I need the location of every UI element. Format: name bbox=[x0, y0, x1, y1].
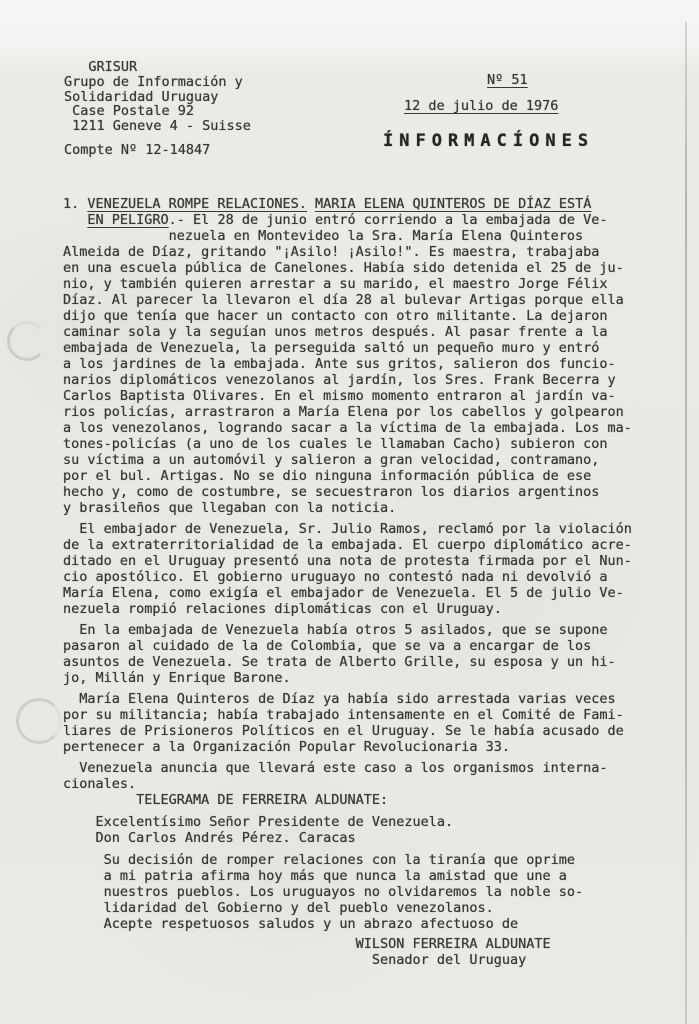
text-segment: por su militancia; había trabajado inten… bbox=[63, 707, 624, 723]
text-line: Excelentísimo Señor Presidente de Venezu… bbox=[63, 814, 683, 830]
text-segment: narios diplomáticos venezolanos al jardí… bbox=[63, 372, 616, 388]
newsletter-title: ÍNFORMACÍONES bbox=[383, 131, 594, 151]
text-segment: su víctima a un automóvil y salieron a g… bbox=[63, 452, 599, 468]
text-line: Solidaridad Uruguay bbox=[64, 90, 251, 105]
text-segment: y brasileños que llegaban con la noticia… bbox=[63, 500, 396, 516]
text-segment: lidaridad del Gobierno y del pueblo vene… bbox=[63, 900, 494, 916]
underlined-text-segment: MARIA ELENA QUINTEROS DE DÍAZ ESTÁ bbox=[315, 196, 591, 212]
issue-number-text: Nº 51 bbox=[487, 72, 528, 88]
text-line: María Elena Quinteros de Díaz ya había s… bbox=[63, 691, 683, 707]
text-segment: pertenecer a la Organización Popular Rev… bbox=[63, 739, 510, 755]
letterhead-org-block: GRISURGrupo de Información ySolidaridad … bbox=[64, 60, 251, 158]
text-line: por su militancia; había trabajado inten… bbox=[63, 707, 683, 723]
text-segment: embajada de Venezuela, la perseguida sal… bbox=[63, 340, 599, 356]
text-segment: rios policías, arrastraron a María Elena… bbox=[63, 404, 624, 420]
text-segment: pasaron al cuidado de la de Colombia, qu… bbox=[63, 638, 591, 654]
punch-hole-top bbox=[7, 321, 47, 361]
text-segment: Solidaridad Uruguay bbox=[64, 89, 218, 105]
text-segment: en una escuela pública de Canelones. Hab… bbox=[63, 260, 624, 276]
text-line: EN PELIGRO.- El 28 de junio entró corrie… bbox=[63, 212, 683, 228]
scanned-document-page: GRISURGrupo de Información ySolidaridad … bbox=[0, 0, 699, 1024]
text-segment: nuestros pueblos. Los uruguayos no olvid… bbox=[63, 884, 583, 900]
text-segment: 1. bbox=[63, 196, 87, 212]
issue-date-text: 12 de julio de 1976 bbox=[404, 98, 558, 114]
text-line: cionales. bbox=[63, 776, 683, 792]
text-line: tones-policías (a uno de los cuales le l… bbox=[63, 436, 683, 452]
text-segment: a los jardines de la embajada. Ante sus … bbox=[63, 356, 616, 372]
text-segment: María Elena Quinteros de Díaz ya había s… bbox=[63, 691, 616, 707]
text-segment: WILSON FERREIRA ALDUNATE bbox=[63, 936, 551, 952]
text-segment: nio, y también quieren arrestar a su mar… bbox=[63, 276, 608, 292]
text-segment: hecho y, como de costumbre, se secuestra… bbox=[63, 484, 599, 500]
text-line: caminar sola y la seguían unos metros de… bbox=[63, 324, 683, 340]
text-line: nezuela en Montevideo la Sra. María Elen… bbox=[63, 228, 683, 244]
text-line: asuntos de Venezuela. Se trata de Albert… bbox=[63, 654, 683, 670]
text-line: GRISUR bbox=[64, 60, 251, 75]
text-segment: ditado en el Uruguay presentó una nota d… bbox=[63, 553, 632, 569]
text-segment: Excelentísimo Señor Presidente de Venezu… bbox=[63, 814, 453, 830]
text-line: TELEGRAMA DE FERREIRA ALDUNATE: bbox=[63, 792, 683, 808]
text-segment: por el bul. Artigas. No se dio ninguna i… bbox=[63, 468, 591, 484]
text-line: El embajador de Venezuela, Sr. Julio Ram… bbox=[63, 521, 683, 537]
text-line: nezuela rompió relaciones diplomáticas c… bbox=[63, 601, 683, 617]
text-segment: Almeida de Díaz, gritando "¡Asilo! ¡Asil… bbox=[63, 244, 599, 260]
text-segment: Don Carlos Andrés Pérez. Caracas bbox=[63, 830, 356, 846]
text-line: rios policías, arrastraron a María Elena… bbox=[63, 404, 683, 420]
text-line: En la embajada de Venezuela había otros … bbox=[63, 622, 683, 638]
text-segment: de la extraterritorialidad de la embajad… bbox=[63, 537, 632, 553]
text-segment: Senador del Uruguay bbox=[63, 952, 526, 968]
text-segment: cio apostólico. El gobierno uruguayo no … bbox=[63, 569, 608, 585]
text-line: jo, Millán y Enrique Barone. bbox=[63, 670, 683, 686]
text-line: embajada de Venezuela, la perseguida sal… bbox=[63, 340, 683, 356]
text-line: Senador del Uruguay bbox=[63, 952, 683, 968]
text-line: de la extraterritorialidad de la embajad… bbox=[63, 537, 683, 553]
text-segment: En la embajada de Venezuela había otros … bbox=[63, 622, 608, 638]
text-segment: Compte Nº 12-14847 bbox=[64, 142, 210, 158]
text-line: ditado en el Uruguay presentó una nota d… bbox=[63, 553, 683, 569]
text-segment bbox=[63, 212, 87, 228]
text-line: pasaron al cuidado de la de Colombia, qu… bbox=[63, 638, 683, 654]
text-segment: a los venezolanos, logrando sacar a la v… bbox=[63, 420, 632, 436]
text-segment: El embajador de Venezuela, Sr. Julio Ram… bbox=[63, 521, 632, 537]
text-line: Venezuela anuncia que llevará este caso … bbox=[63, 760, 683, 776]
text-line: Díaz. Al parecer la llevaron el día 28 a… bbox=[63, 292, 683, 308]
text-line: en una escuela pública de Canelones. Hab… bbox=[63, 260, 683, 276]
underlined-text-segment: VENEZUELA ROMPE RELACIONES. bbox=[87, 196, 306, 212]
text-segment: nezuela rompió relaciones diplomáticas c… bbox=[63, 601, 502, 617]
text-line: liares de Prisioneros Políticos en el Ur… bbox=[63, 723, 683, 739]
text-line: hecho y, como de costumbre, se secuestra… bbox=[63, 484, 683, 500]
text-line: cio apostólico. El gobierno uruguayo no … bbox=[63, 569, 683, 585]
underlined-text-segment: EN PELIGRO bbox=[87, 212, 168, 228]
text-line: y brasileños que llegaban con la noticia… bbox=[63, 500, 683, 516]
text-segment: cionales. bbox=[63, 776, 136, 792]
issue-date: 12 de julio de 1976 bbox=[404, 98, 558, 114]
text-line: Almeida de Díaz, gritando "¡Asilo! ¡Asil… bbox=[63, 244, 683, 260]
text-line: nuestros pueblos. Los uruguayos no olvid… bbox=[63, 884, 683, 900]
text-line: Carlos Baptista Olivares. En el mismo mo… bbox=[63, 388, 683, 404]
text-line: narios diplomáticos venezolanos al jardí… bbox=[63, 372, 683, 388]
text-line: su víctima a un automóvil y salieron a g… bbox=[63, 452, 683, 468]
text-segment: a mi patria afirma hoy más que nunca la … bbox=[63, 868, 567, 884]
text-line: Compte Nº 12-14847 bbox=[64, 143, 251, 158]
text-line: a mi patria afirma hoy más que nunca la … bbox=[63, 868, 683, 884]
text-segment: Acepte respetuosos saludos y un abrazo a… bbox=[63, 916, 518, 932]
text-line: María Elena, como exigía el embajador de… bbox=[63, 585, 683, 601]
text-segment: nezuela en Montevideo la Sra. María Elen… bbox=[63, 228, 583, 244]
text-line: lidaridad del Gobierno y del pueblo vene… bbox=[63, 900, 683, 916]
text-segment: Case Postale 92 bbox=[64, 103, 194, 119]
text-segment: dijo que tenía que hacer un contacto con… bbox=[63, 308, 608, 324]
text-segment: Venezuela anuncia que llevará este caso … bbox=[63, 760, 608, 776]
text-segment: María Elena, como exigía el embajador de… bbox=[63, 585, 624, 601]
text-line: 1211 Geneve 4 - Suisse bbox=[64, 119, 251, 134]
text-segment: caminar sola y la seguían unos metros de… bbox=[63, 324, 608, 340]
text-segment bbox=[307, 196, 315, 212]
text-line: a los jardines de la embajada. Ante sus … bbox=[63, 356, 683, 372]
punch-hole-bottom bbox=[16, 698, 62, 744]
text-line: 1. VENEZUELA ROMPE RELACIONES. MARIA ELE… bbox=[63, 196, 683, 212]
text-segment: Grupo de Información y bbox=[64, 74, 243, 90]
text-segment: jo, Millán y Enrique Barone. bbox=[63, 670, 291, 686]
text-segment: asuntos de Venezuela. Se trata de Albert… bbox=[63, 654, 616, 670]
text-segment: Carlos Baptista Olivares. En el mismo mo… bbox=[63, 388, 616, 404]
text-line: a los venezolanos, logrando sacar a la v… bbox=[63, 420, 683, 436]
text-line: pertenecer a la Organización Popular Rev… bbox=[63, 739, 683, 755]
text-segment: GRISUR bbox=[64, 59, 137, 75]
text-segment: Su decisión de romper relaciones con la … bbox=[63, 852, 575, 868]
text-line: Su decisión de romper relaciones con la … bbox=[63, 852, 683, 868]
text-line: por el bul. Artigas. No se dio ninguna i… bbox=[63, 468, 683, 484]
text-line: Don Carlos Andrés Pérez. Caracas bbox=[63, 830, 683, 846]
text-line: Case Postale 92 bbox=[64, 104, 251, 119]
issue-number: Nº 51 bbox=[487, 72, 528, 88]
text-segment: tones-policías (a uno de los cuales le l… bbox=[63, 436, 608, 452]
text-line: Acepte respetuosos saludos y un abrazo a… bbox=[63, 916, 683, 932]
article-body: 1. VENEZUELA ROMPE RELACIONES. MARIA ELE… bbox=[63, 196, 683, 968]
text-line: nio, y también quieren arrestar a su mar… bbox=[63, 276, 683, 292]
text-segment: 1211 Geneve 4 - Suisse bbox=[64, 118, 251, 134]
text-segment: liares de Prisioneros Políticos en el Ur… bbox=[63, 723, 624, 739]
text-segment: TELEGRAMA DE FERREIRA ALDUNATE: bbox=[63, 792, 388, 808]
text-segment: .- El 28 de junio entró corriendo a la e… bbox=[169, 212, 608, 228]
text-line: Grupo de Información y bbox=[64, 75, 251, 90]
text-line: WILSON FERREIRA ALDUNATE bbox=[63, 936, 683, 952]
text-segment: Díaz. Al parecer la llevaron el día 28 a… bbox=[63, 292, 624, 308]
text-line: dijo que tenía que hacer un contacto con… bbox=[63, 308, 683, 324]
page-edge-scan-line bbox=[685, 22, 687, 1024]
